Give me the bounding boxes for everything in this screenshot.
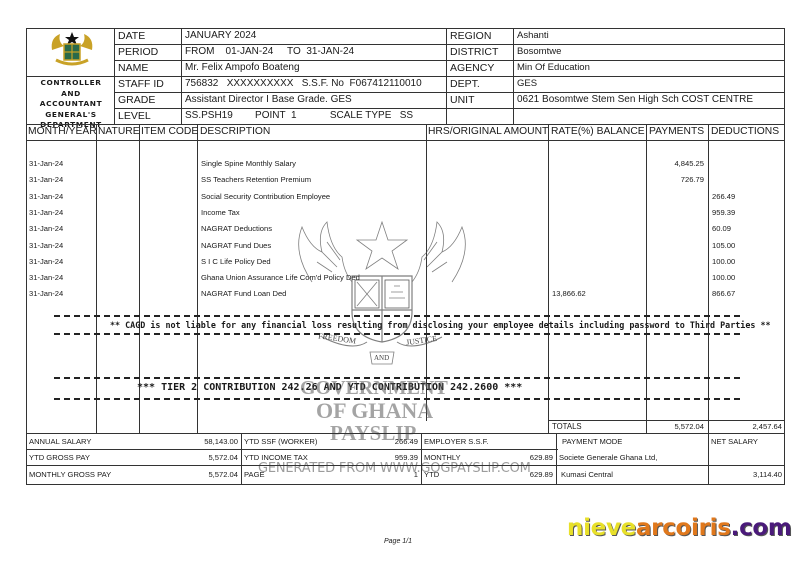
level-value: SS.PSH19 POINT 1 SCALE TYPE SS (185, 111, 413, 121)
row-description: Income Tax (201, 209, 240, 217)
row-description: S I C Life Policy Ded (201, 258, 271, 266)
page-label: PAGE (244, 471, 265, 479)
staff-id-label: STAFF ID (118, 79, 164, 90)
ytd-income-tax-label: YTD INCOME TAX (244, 454, 308, 462)
col-hrs-original-amount: HRS/ORIGINAL AMOUNT (428, 127, 548, 137)
region-value: Ashanti (517, 31, 549, 41)
liability-notice: ** CAGD is not liable for any financial … (110, 321, 771, 329)
row-month-year: 31-Jan-24 (29, 209, 63, 217)
name-label: NAME (118, 63, 148, 74)
employee-name: Mr. Felix Ampofo Boateng (185, 63, 300, 73)
watermark-government: GOVERNMENT (300, 378, 448, 398)
row-description: NAGRAT Fund Loan Ded (201, 290, 286, 298)
page-value: 1 (360, 471, 418, 479)
col-deductions: DEDUCTIONS (711, 127, 779, 137)
row-month-year: 31-Jan-24 (29, 274, 63, 282)
department-name-line: ACCOUNTANT (30, 99, 112, 110)
watermark-of-ghana: OF GHANA (316, 400, 433, 422)
row-deduction: 105.00 (712, 242, 735, 250)
row-deduction: 100.00 (712, 258, 735, 266)
brand-text-part: nieve (567, 515, 636, 541)
department-name-line: GENERAL'S (30, 110, 112, 121)
motto-and: AND (374, 354, 389, 362)
row-month-year: 31-Jan-24 (29, 160, 63, 168)
col-item-code: ITEM CODE (141, 127, 198, 137)
row-description: NAGRAT Fund Dues (201, 242, 271, 250)
annual-salary-value: 58,143.00 (160, 438, 238, 446)
date-label: DATE (118, 31, 145, 42)
ytd-gross-pay-value: 5,572.04 (160, 454, 238, 462)
employer-ssf-ytd-label: YTD (424, 471, 439, 479)
row-month-year: 31-Jan-24 (29, 176, 63, 184)
totals-label: TOTALS (552, 423, 582, 431)
brand-watermark: nievearcoiris.com (567, 517, 792, 540)
department-name: CONTROLLER AND ACCOUNTANT GENERAL'S DEPA… (30, 78, 112, 131)
period-value: FROM 01-JAN-24 TO 31-JAN-24 (185, 47, 354, 57)
net-salary-label: NET SALARY (711, 438, 758, 446)
row-description: SS Teachers Retention Premium (201, 176, 311, 184)
dept-value: GES (517, 79, 537, 89)
ytd-ssf-value: 266.49 (360, 438, 418, 446)
period-label: PERIOD (118, 47, 158, 58)
col-payments: PAYMENTS (649, 127, 704, 137)
row-description: Single Spine Monthly Salary (201, 160, 296, 168)
unit-value: 0621 Bosomtwe Stem Sen High Sch COST CEN… (517, 95, 753, 105)
row-deduction: 60.09 (712, 225, 731, 233)
date-value: JANUARY 2024 (185, 31, 256, 41)
coat-of-arms-watermark: FREEDOM JUSTICE AND (282, 212, 482, 372)
col-description: DESCRIPTION (200, 127, 270, 137)
employer-ssf-ytd-value: 629.89 (490, 471, 553, 479)
level-label: LEVEL (118, 111, 151, 122)
staff-id-value: 756832 XXXXXXXXXX S.S.F. No F06741211001… (185, 79, 422, 89)
row-deduction: 266.49 (712, 193, 735, 201)
row-description: Social Security Contribution Employee (201, 193, 330, 201)
dept-label: DEPT. (450, 79, 480, 90)
col-nature: NATURE (98, 127, 140, 137)
brand-text-part: .com (731, 515, 792, 541)
row-month-year: 31-Jan-24 (29, 242, 63, 250)
agency-value: Min Of Education (517, 63, 590, 73)
row-month-year: 31-Jan-24 (29, 258, 63, 266)
unit-label: UNIT (450, 95, 475, 106)
row-deduction: 866.67 (712, 290, 735, 298)
district-label: DISTRICT (450, 47, 498, 58)
page-number: Page 1/1 (384, 538, 412, 545)
col-rate-balance: RATE(%) BALANCE (551, 127, 645, 137)
brand-text-part: arcoiris (636, 515, 731, 541)
row-deduction: 100.00 (712, 274, 735, 282)
payment-mode-label: PAYMENT MODE (562, 438, 622, 446)
ytd-gross-pay-label: YTD GROSS PAY (29, 454, 90, 462)
region-label: REGION (450, 31, 491, 42)
grade-label: GRADE (118, 95, 155, 106)
ytd-ssf-label: YTD SSF (WORKER) (244, 438, 317, 446)
row-description: NAGRAT Deductions (201, 225, 272, 233)
row-month-year: 31-Jan-24 (29, 225, 63, 233)
net-salary-value: 3,114.40 (708, 471, 782, 479)
annual-salary-label: ANNUAL SALARY (29, 438, 91, 446)
employer-ssf-label: EMPLOYER S.S.F. (424, 438, 489, 446)
totals-deductions: 2,457.64 (708, 423, 782, 431)
department-name-line: CONTROLLER AND (30, 78, 112, 99)
row-payment: 4,845.25 (646, 160, 704, 168)
row-month-year: 31-Jan-24 (29, 290, 63, 298)
bank-name: Societe Generale Ghana Ltd, (559, 454, 657, 462)
totals-payments: 5,572.04 (646, 423, 704, 431)
row-payment: 726.79 (646, 176, 704, 184)
ghana-coat-of-arms-logo (48, 30, 96, 70)
agency-label: AGENCY (450, 63, 494, 74)
monthly-gross-pay-value: 5,572.04 (160, 471, 238, 479)
col-month-year: MONTH/YEAR (28, 127, 97, 137)
row-deduction: 959.39 (712, 209, 735, 217)
monthly-gross-pay-label: MONTHLY GROSS PAY (29, 471, 111, 479)
bank-branch: Kumasi Central (561, 471, 613, 479)
row-balance: 13,866.62 (552, 290, 586, 298)
row-month-year: 31-Jan-24 (29, 193, 63, 201)
employer-ssf-monthly-label: MONTHLY (424, 454, 461, 462)
ytd-income-tax-value: 959.39 (360, 454, 418, 462)
grade-value: Assistant Director I Base Grade. GES (185, 95, 352, 105)
district-value: Bosomtwe (517, 47, 561, 57)
employer-ssf-monthly-value: 629.89 (490, 454, 553, 462)
